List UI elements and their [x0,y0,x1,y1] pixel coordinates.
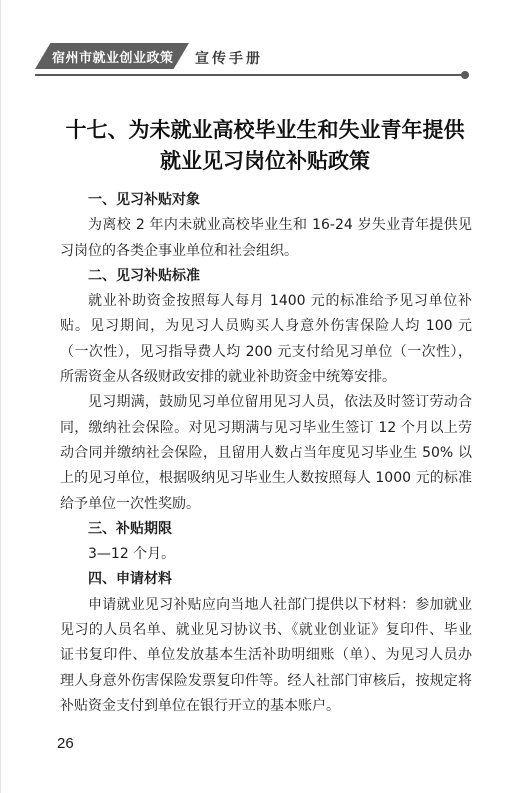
page-title-line-1: 十七、为未就业高校毕业生和失业青年提供 [40,114,490,145]
header-subtitle: 宣传手册 [195,48,263,68]
paragraph-subsidy-standard-1: 就业补助资金按照每人每月 1400 元的标准给予见习单位补贴。见习期间，为见习人… [60,289,472,390]
paragraph-application-materials: 申请就业见习补贴应向当地人社部门提供以下材料：参加就业见习的人员名单、就业见习协… [60,593,472,719]
paragraph-subsidy-target: 为离校 2 年内未就业高校毕业生和 16-24 岁失业青年提供见习岗位的各类企事… [60,213,472,264]
paragraph-subsidy-period: 3—12 个月。 [60,542,472,567]
running-header: 宿州市就业创业政策 宣传手册 [35,43,475,83]
page-number: 26 [57,735,74,752]
section-heading-subsidy-standard: 二、见习补贴标准 [60,264,472,289]
section-heading-application-materials: 四、申请材料 [60,567,472,592]
header-rule-dot-icon [461,71,469,79]
paragraph-subsidy-standard-2: 见习期满，鼓励见习单位留用见习人员，依法及时签订劳动合同，缴纳社会保险。对见习期… [60,390,472,516]
page-title: 十七、为未就业高校毕业生和失业青年提供 就业见习岗位补贴政策 [40,114,490,176]
page-edge [0,0,1,793]
page-title-line-2: 就业见习岗位补贴政策 [40,145,490,176]
header-rule [35,74,463,76]
section-heading-subsidy-target: 一、见习补贴对象 [60,188,472,213]
page-body: 一、见习补贴对象 为离校 2 年内未就业高校毕业生和 16-24 岁失业青年提供… [60,188,472,719]
section-heading-subsidy-period: 三、补贴期限 [60,517,472,542]
header-banner-text: 宿州市就业创业政策 [52,47,174,66]
